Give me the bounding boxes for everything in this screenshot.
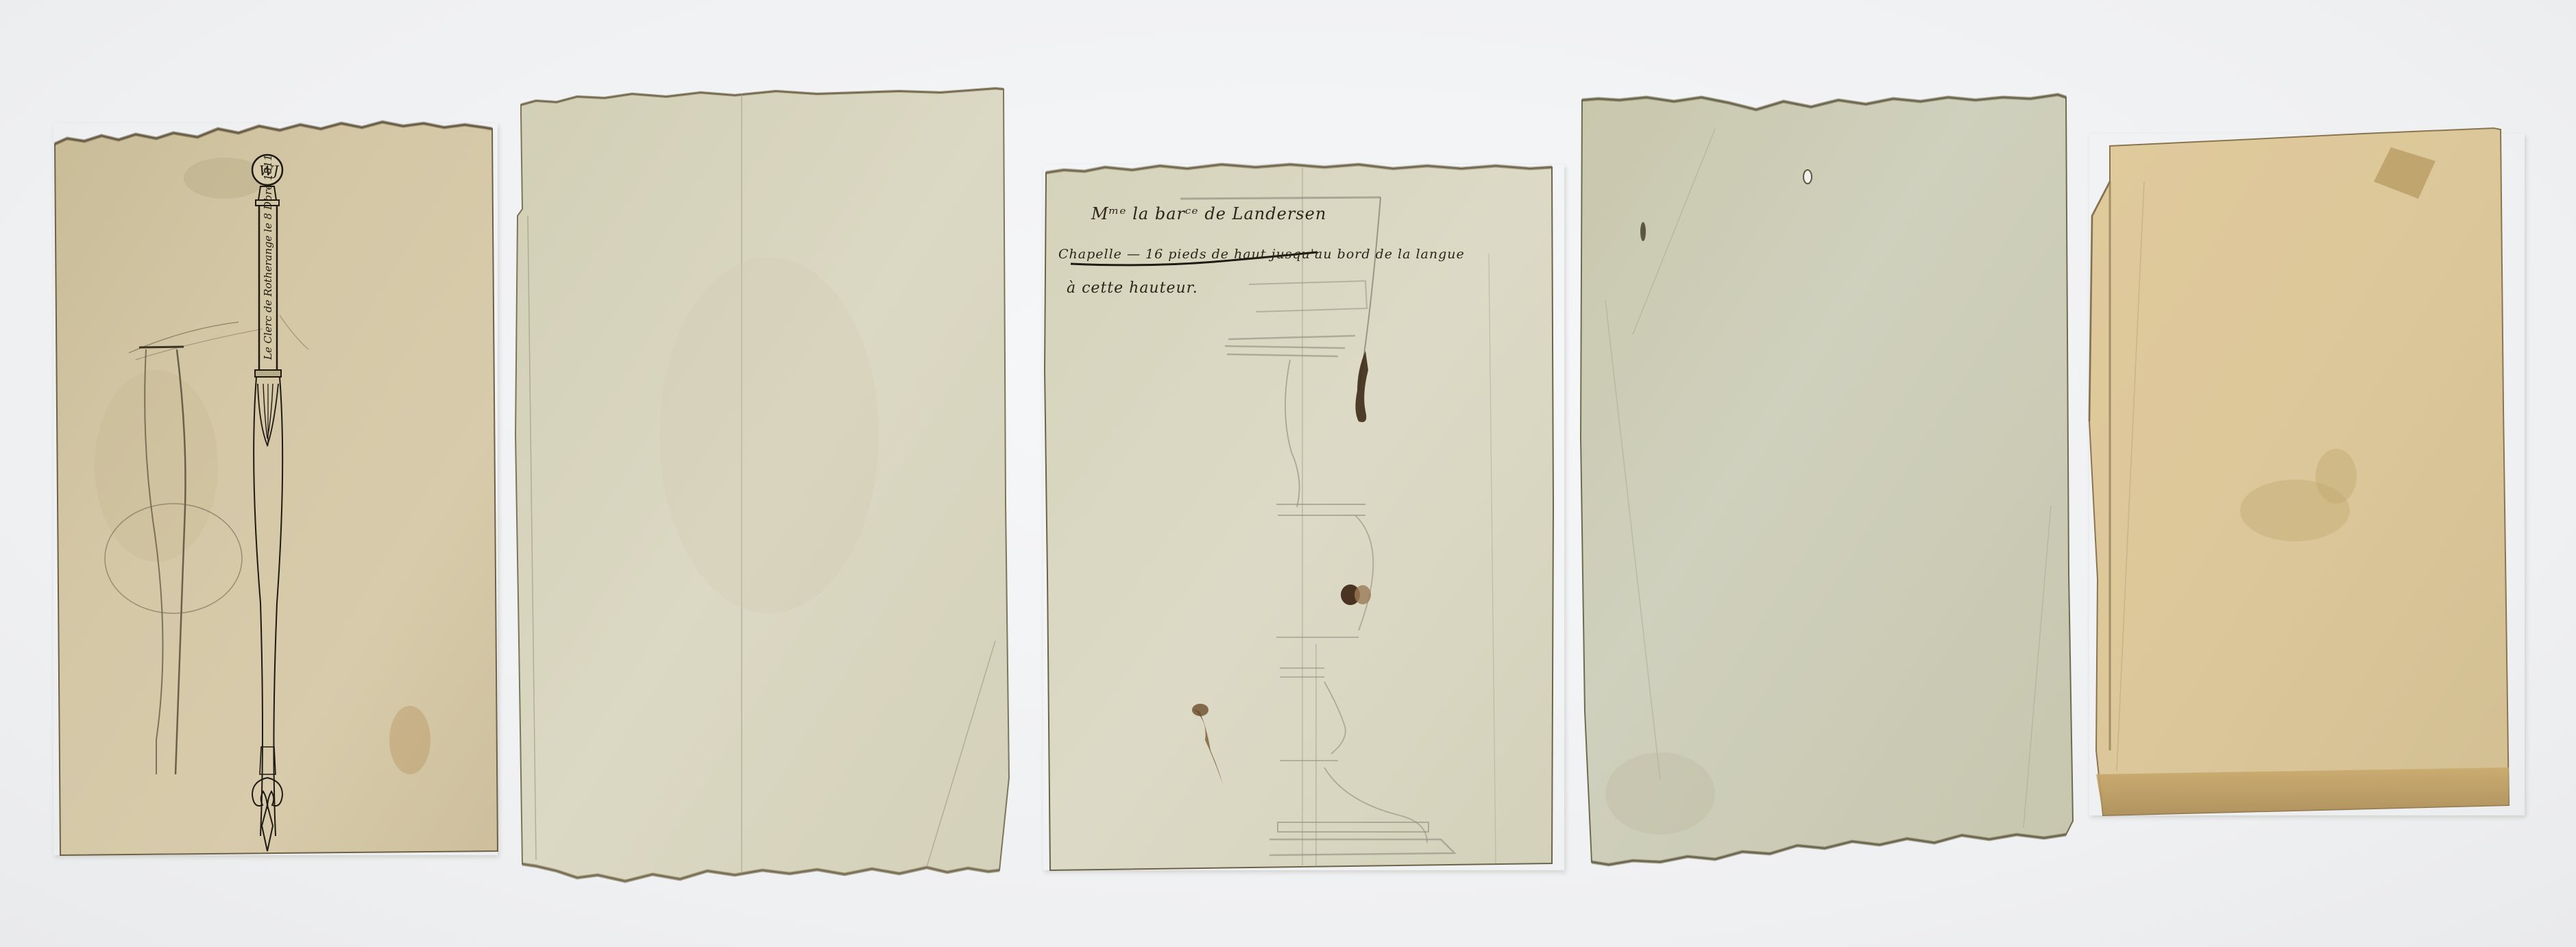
note-line-2: Chapelle — 16 pieds de haut jusqu'au bor…: [1058, 247, 1465, 262]
blank-sheet-2: [515, 93, 1020, 881]
baton-drawing: WJ Le Clerc de Rotherange le 8 Dbre 1811: [53, 123, 498, 855]
blank-sheet-5: [2089, 134, 2525, 815]
sheet-1-baton-drawing: WJ Le Clerc de Rotherange le 8 Dbre 1811: [53, 123, 498, 855]
note-line-1: Mᵐᵉ la barᶜᵉ de Landersen: [1091, 204, 1326, 223]
note-line-3: à cette hauteur.: [1067, 280, 1198, 297]
blank-sheet-4: [1578, 95, 2077, 865]
sheet-4-blank: [1578, 95, 2077, 865]
hole: [1803, 170, 1812, 184]
sheet-2-blank: [515, 93, 1020, 881]
sheet-5-stained: [2089, 134, 2525, 815]
shaft-inscription: Le Clerc de Rotherange le 8 Dbre 1811: [262, 154, 274, 360]
sheet-3-goblet-sketch: Mᵐᵉ la barᶜᵉ de Landersen Chapelle — 16 …: [1043, 164, 1564, 870]
goblet-drawing: [1043, 164, 1564, 870]
